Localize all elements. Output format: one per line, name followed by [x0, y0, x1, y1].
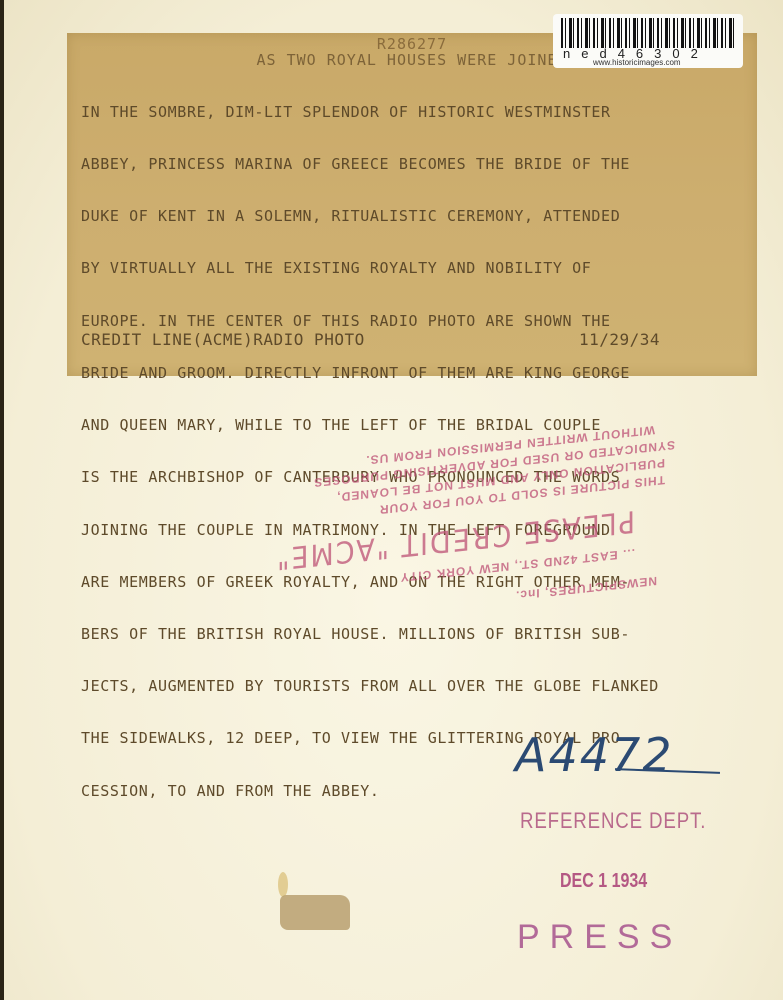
received-date-stamp: DEC 1 1934	[560, 870, 647, 893]
barcode-label: ned46302 www.historicimages.com	[553, 14, 743, 68]
caption-line: BERS OF THE BRITISH ROYAL HOUSE. MILLION…	[81, 626, 753, 643]
credit-line: CREDIT LINE(ACME)RADIO PHOTO	[81, 330, 365, 349]
press-stamp: PRESS	[517, 918, 682, 957]
caption-line: EUROPE. IN THE CENTER OF THIS RADIO PHOT…	[81, 313, 753, 330]
tape-fragment	[280, 895, 350, 930]
barcode-site: www.historicimages.com	[593, 58, 681, 67]
barcode-icon	[561, 18, 735, 48]
scan-edge	[0, 0, 4, 1000]
caption-line: BY VIRTUALLY ALL THE EXISTING ROYALTY AN…	[81, 260, 753, 277]
caption-line: IN THE SOMBRE, DIM-LIT SPLENDOR OF HISTO…	[81, 104, 753, 121]
caption-line: CESSION, TO AND FROM THE ABBEY.	[81, 783, 753, 800]
tape-residue	[278, 872, 288, 897]
caption-line: ABBEY, PRINCESS MARINA OF GREECE BECOMES…	[81, 156, 753, 173]
handwritten-number: A4472	[515, 728, 674, 782]
caption-line: JECTS, AUGMENTED BY TOURISTS FROM ALL OV…	[81, 678, 753, 695]
caption-line: DUKE OF KENT IN A SOLEMN, RITUALISTIC CE…	[81, 208, 753, 225]
caption-slip: R286277 AS TWO ROYAL HOUSES WERE JOINED …	[67, 33, 757, 376]
reference-stamp: REFERENCE DEPT.	[520, 808, 706, 834]
caption-date: 11/29/34	[579, 330, 660, 349]
